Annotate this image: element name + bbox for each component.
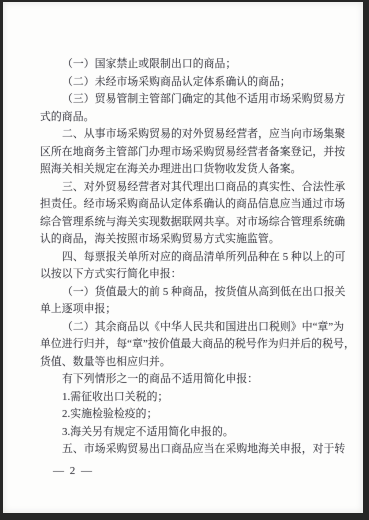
text-line: 三、对外贸易经营者对其代理出口商品的真实性、合法性承 bbox=[40, 179, 340, 197]
text-line: 综合管理系统与海关实现数据联网共享。对市场综合管理系统确 bbox=[40, 214, 340, 232]
text-line: 二、从事市场采购贸易的对外贸易经营者，应当向市场集聚 bbox=[40, 126, 340, 144]
text-line: 式的商品。 bbox=[40, 109, 340, 127]
text-line: 单位进行归并，每“章”按价值最大商品的税号作为归并后的税号， bbox=[40, 336, 340, 354]
text-line: 货值、数量等也相应归并。 bbox=[40, 354, 340, 372]
text-line: （一）货值最大的前 5 种商品，按货值从高到低在出口报关 bbox=[40, 284, 340, 302]
text-line: 3.海关另有规定不适用简化申报的。 bbox=[40, 424, 340, 442]
text-line: 四、每票报关单所对应的商品清单所列品种在 5 种以上的可 bbox=[40, 249, 340, 267]
text-line: 2.实施检验检疫的； bbox=[40, 406, 340, 424]
scan-frame: （一）国家禁止或限制出口的商品；（二）未经市场采购商品认定体系确认的商品；（三）… bbox=[0, 0, 369, 520]
text-line: 五、市场采购贸易出口商品应当在采购地海关申报，对于转 bbox=[40, 441, 340, 459]
text-line: （二）其余商品以《中华人民共和国进出口税则》中“章”为 bbox=[40, 319, 340, 337]
text-line: 以按以下方式实行简化申报： bbox=[40, 266, 340, 284]
text-line: （三）贸易管制主管部门确定的其他不适用市场采购贸易方 bbox=[40, 91, 340, 109]
text-line: 照海关相关规定在海关办理进出口货物收发货人备案。 bbox=[40, 161, 340, 179]
text-line: 有下列情形之一的商品不适用简化申报： bbox=[40, 371, 340, 389]
text-line: 区所在地商务主管部门办理市场采购贸易经营者备案登记，并按 bbox=[40, 144, 340, 162]
text-line: （二）未经市场采购商品认定体系确认的商品； bbox=[40, 74, 340, 92]
text-line: 认的商品，海关按照市场采购贸易方式实施监管。 bbox=[40, 231, 340, 249]
document-page: （一）国家禁止或限制出口的商品；（二）未经市场采购商品认定体系确认的商品；（三）… bbox=[3, 2, 363, 513]
text-line: 1.需征收出口关税的； bbox=[40, 389, 340, 407]
text-line: 单上逐项申报； bbox=[40, 301, 340, 319]
page-number: — 2 — bbox=[53, 465, 94, 477]
text-line: （一）国家禁止或限制出口的商品； bbox=[40, 56, 340, 74]
document-body: （一）国家禁止或限制出口的商品；（二）未经市场采购商品认定体系确认的商品；（三）… bbox=[40, 56, 340, 459]
text-line: 担责任。经市场采购商品认定体系确认的商品信息应当通过市场 bbox=[40, 196, 340, 214]
